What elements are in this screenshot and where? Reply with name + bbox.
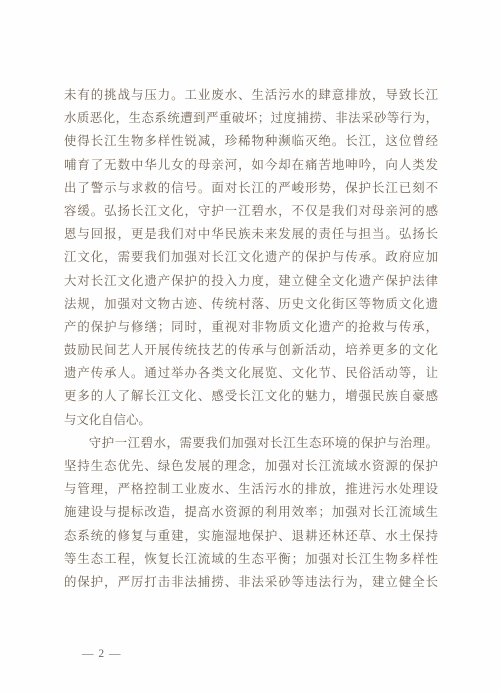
- text-line: 施建设与提标改造，提高水资源的利用效率；加强对长江流域生: [64, 501, 438, 524]
- document-page: 未有的挑战与压力。工业废水、生活污水的肆意排放，导致长江 水质恶化，生态系统遭到…: [0, 0, 500, 694]
- text-line: 鼓励民间艺人开展传统技艺的传承与创新活动，培养更多的文化: [64, 339, 438, 362]
- text-line: 未有的挑战与压力。工业废水、生活污水的肆意排放，导致长江: [64, 84, 438, 107]
- text-line: 恩与回报，更是我们对中华民族未来发展的责任与担当。弘扬长: [64, 223, 438, 246]
- text-line: 等生态工程，恢复长江流域的生态平衡；加强对长江生物多样性: [64, 548, 438, 571]
- text-line: 坚持生态优先、绿色发展的理念，加强对长江流域水资源的保护: [64, 455, 438, 478]
- text-line: 更多的人了解长江文化、感受长江文化的魅力，增强民族自豪感: [64, 385, 438, 408]
- body-text: 未有的挑战与压力。工业废水、生活污水的肆意排放，导致长江 水质恶化，生态系统遭到…: [64, 84, 438, 594]
- page-number: — 2 —: [82, 647, 122, 661]
- text-line: 哺育了无数中华儿女的母亲河，如今却在痛苦地呻吟，向人类发: [64, 154, 438, 177]
- text-line-paragraph-end: 与文化自信心。: [64, 409, 438, 432]
- text-line: 遗产传承人。通过举办各类文化展览、文化节、民俗活动等，让: [64, 362, 438, 385]
- text-line: 的保护，严厉打击非法捕捞、非法采砂等违法行为，建立健全长: [64, 571, 438, 594]
- text-line: 态系统的修复与重建，实施湿地保护、退耕还林还草、水土保持: [64, 525, 438, 548]
- text-line: 容缓。弘扬长江文化，守护一江碧水，不仅是我们对母亲河的感: [64, 200, 438, 223]
- text-line-paragraph-start: 守护一江碧水，需要我们加强对长江生态环境的保护与治理。: [64, 432, 438, 455]
- text-line: 水质恶化，生态系统遭到严重破坏；过度捕捞、非法采砂等行为，: [64, 107, 438, 130]
- text-line: 使得长江生物多样性锐减，珍稀物种濒临灭绝。长江，这位曾经: [64, 130, 438, 153]
- text-line: 产的保护与修缮；同时，重视对非物质文化遗产的抢救与传承，: [64, 316, 438, 339]
- text-line: 出了警示与求救的信号。面对长江的严峻形势，保护长江已刻不: [64, 177, 438, 200]
- text-line: 与管理，严格控制工业废水、生活污水的排放，推进污水处理设: [64, 478, 438, 501]
- text-line: 大对长江文化遗产保护的投入力度，建立健全文化遗产保护法律: [64, 270, 438, 293]
- text-line: 法规，加强对文物古迹、传统村落、历史文化街区等物质文化遗: [64, 293, 438, 316]
- text-line: 江文化，需要我们加强对长江文化遗产的保护与传承。政府应加: [64, 246, 438, 269]
